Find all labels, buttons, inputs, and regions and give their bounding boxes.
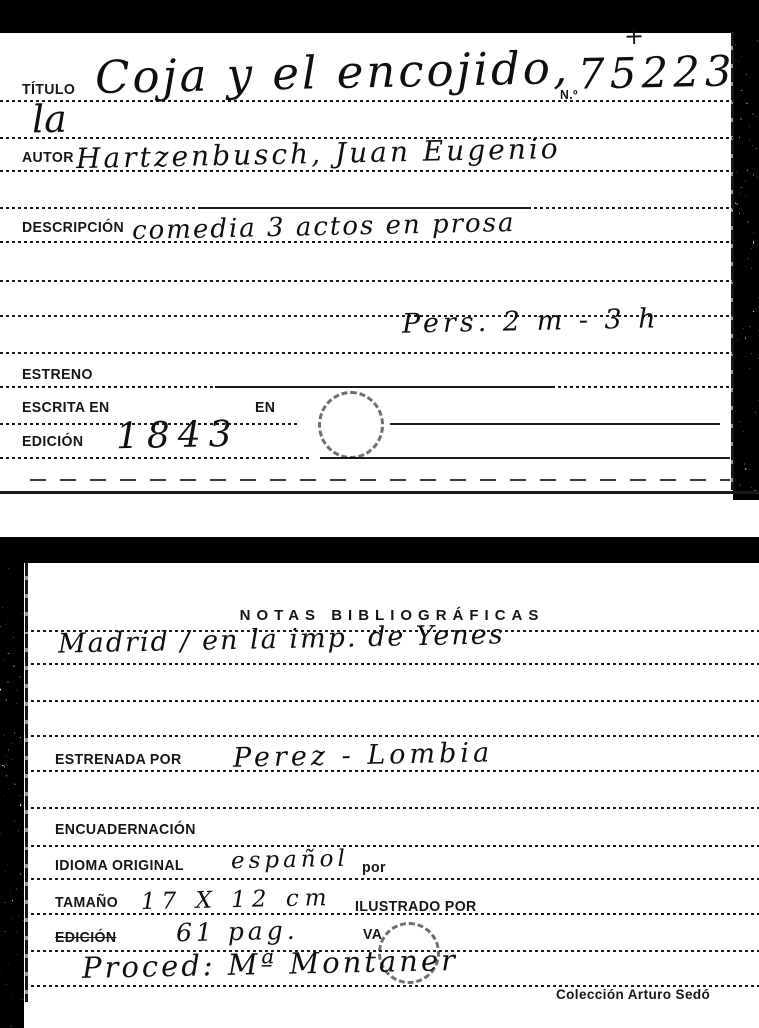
scan-noise-left-edge xyxy=(0,563,24,1028)
ruled-line xyxy=(25,845,759,847)
round-stamp xyxy=(318,391,384,459)
round-stamp xyxy=(378,922,440,984)
autor-label: AUTOR xyxy=(22,149,74,166)
imprint-handwriting: Madrid / en la imp. de Yenes xyxy=(58,621,505,657)
card-front-bottom-edge xyxy=(0,491,759,494)
card-back-left-border xyxy=(25,562,28,1002)
titulo-label: TÍTULO xyxy=(22,81,75,98)
title-article-handwriting: la xyxy=(32,100,68,139)
idioma-original-label: IDIOMA ORIGINAL xyxy=(55,857,184,874)
collection-credit: Colección Arturo Sedó xyxy=(556,987,710,1002)
ilustrado-por-label: ILUSTRADO POR xyxy=(355,898,477,915)
card-number-plus-mark: + xyxy=(624,24,645,48)
ruled-line xyxy=(25,663,759,665)
language-handwriting: español xyxy=(231,848,349,873)
ruled-line xyxy=(0,241,734,243)
en-label: EN xyxy=(255,399,275,416)
edicion-label: EDICIÓN xyxy=(22,433,83,450)
description-handwriting: comedia 3 actos en prosa xyxy=(132,210,516,244)
por-label: por xyxy=(362,859,386,876)
card-number-handwriting: 75223 xyxy=(578,50,737,95)
ruled-line xyxy=(0,280,734,282)
size-handwriting: 17 X 12 cm xyxy=(141,887,333,914)
descripcion-label: DESCRIPCIÓN xyxy=(22,219,124,236)
ruled-line xyxy=(25,700,759,702)
premiered-by-handwriting: Perez - Lombia xyxy=(233,739,494,771)
scan-noise-top-edge xyxy=(0,0,759,33)
cast-handwriting: Pers. 2 m - 3 h xyxy=(402,305,660,337)
edition-year-handwriting: 1843 xyxy=(116,417,240,456)
ruled-line xyxy=(320,457,730,459)
scan-noise-right-edge xyxy=(733,0,759,500)
ruled-line xyxy=(215,386,555,388)
ruled-line xyxy=(25,735,759,737)
tamano-label: TAMAÑO xyxy=(55,894,118,911)
ruled-line xyxy=(390,423,720,425)
ruled-line xyxy=(0,352,734,354)
pages-handwriting: 61 pag. xyxy=(176,918,299,946)
escrita-en-label: ESCRITA EN xyxy=(22,399,110,416)
ruled-line xyxy=(25,807,759,809)
ruled-line-dashed xyxy=(30,479,730,481)
estrenada-por-label: ESTRENADA POR xyxy=(55,751,182,768)
title-handwriting: Coja y el encojido, xyxy=(95,45,571,100)
ruled-line xyxy=(25,878,759,880)
estreno-label: ESTRENO xyxy=(22,366,93,383)
encuadernacion-label: ENCUADERNACIÓN xyxy=(55,821,196,838)
edicion-label-struck: EDICIÓN xyxy=(55,929,116,946)
catalog-card-scan: TÍTULO N.º AUTOR DESCRIPCIÓN ESTRENO ESC… xyxy=(0,0,759,1028)
ruled-line xyxy=(0,457,310,459)
author-handwriting: Hartzenbusch, Juan Eugenio xyxy=(76,135,561,173)
scan-noise-card-back-top-edge xyxy=(0,537,759,563)
